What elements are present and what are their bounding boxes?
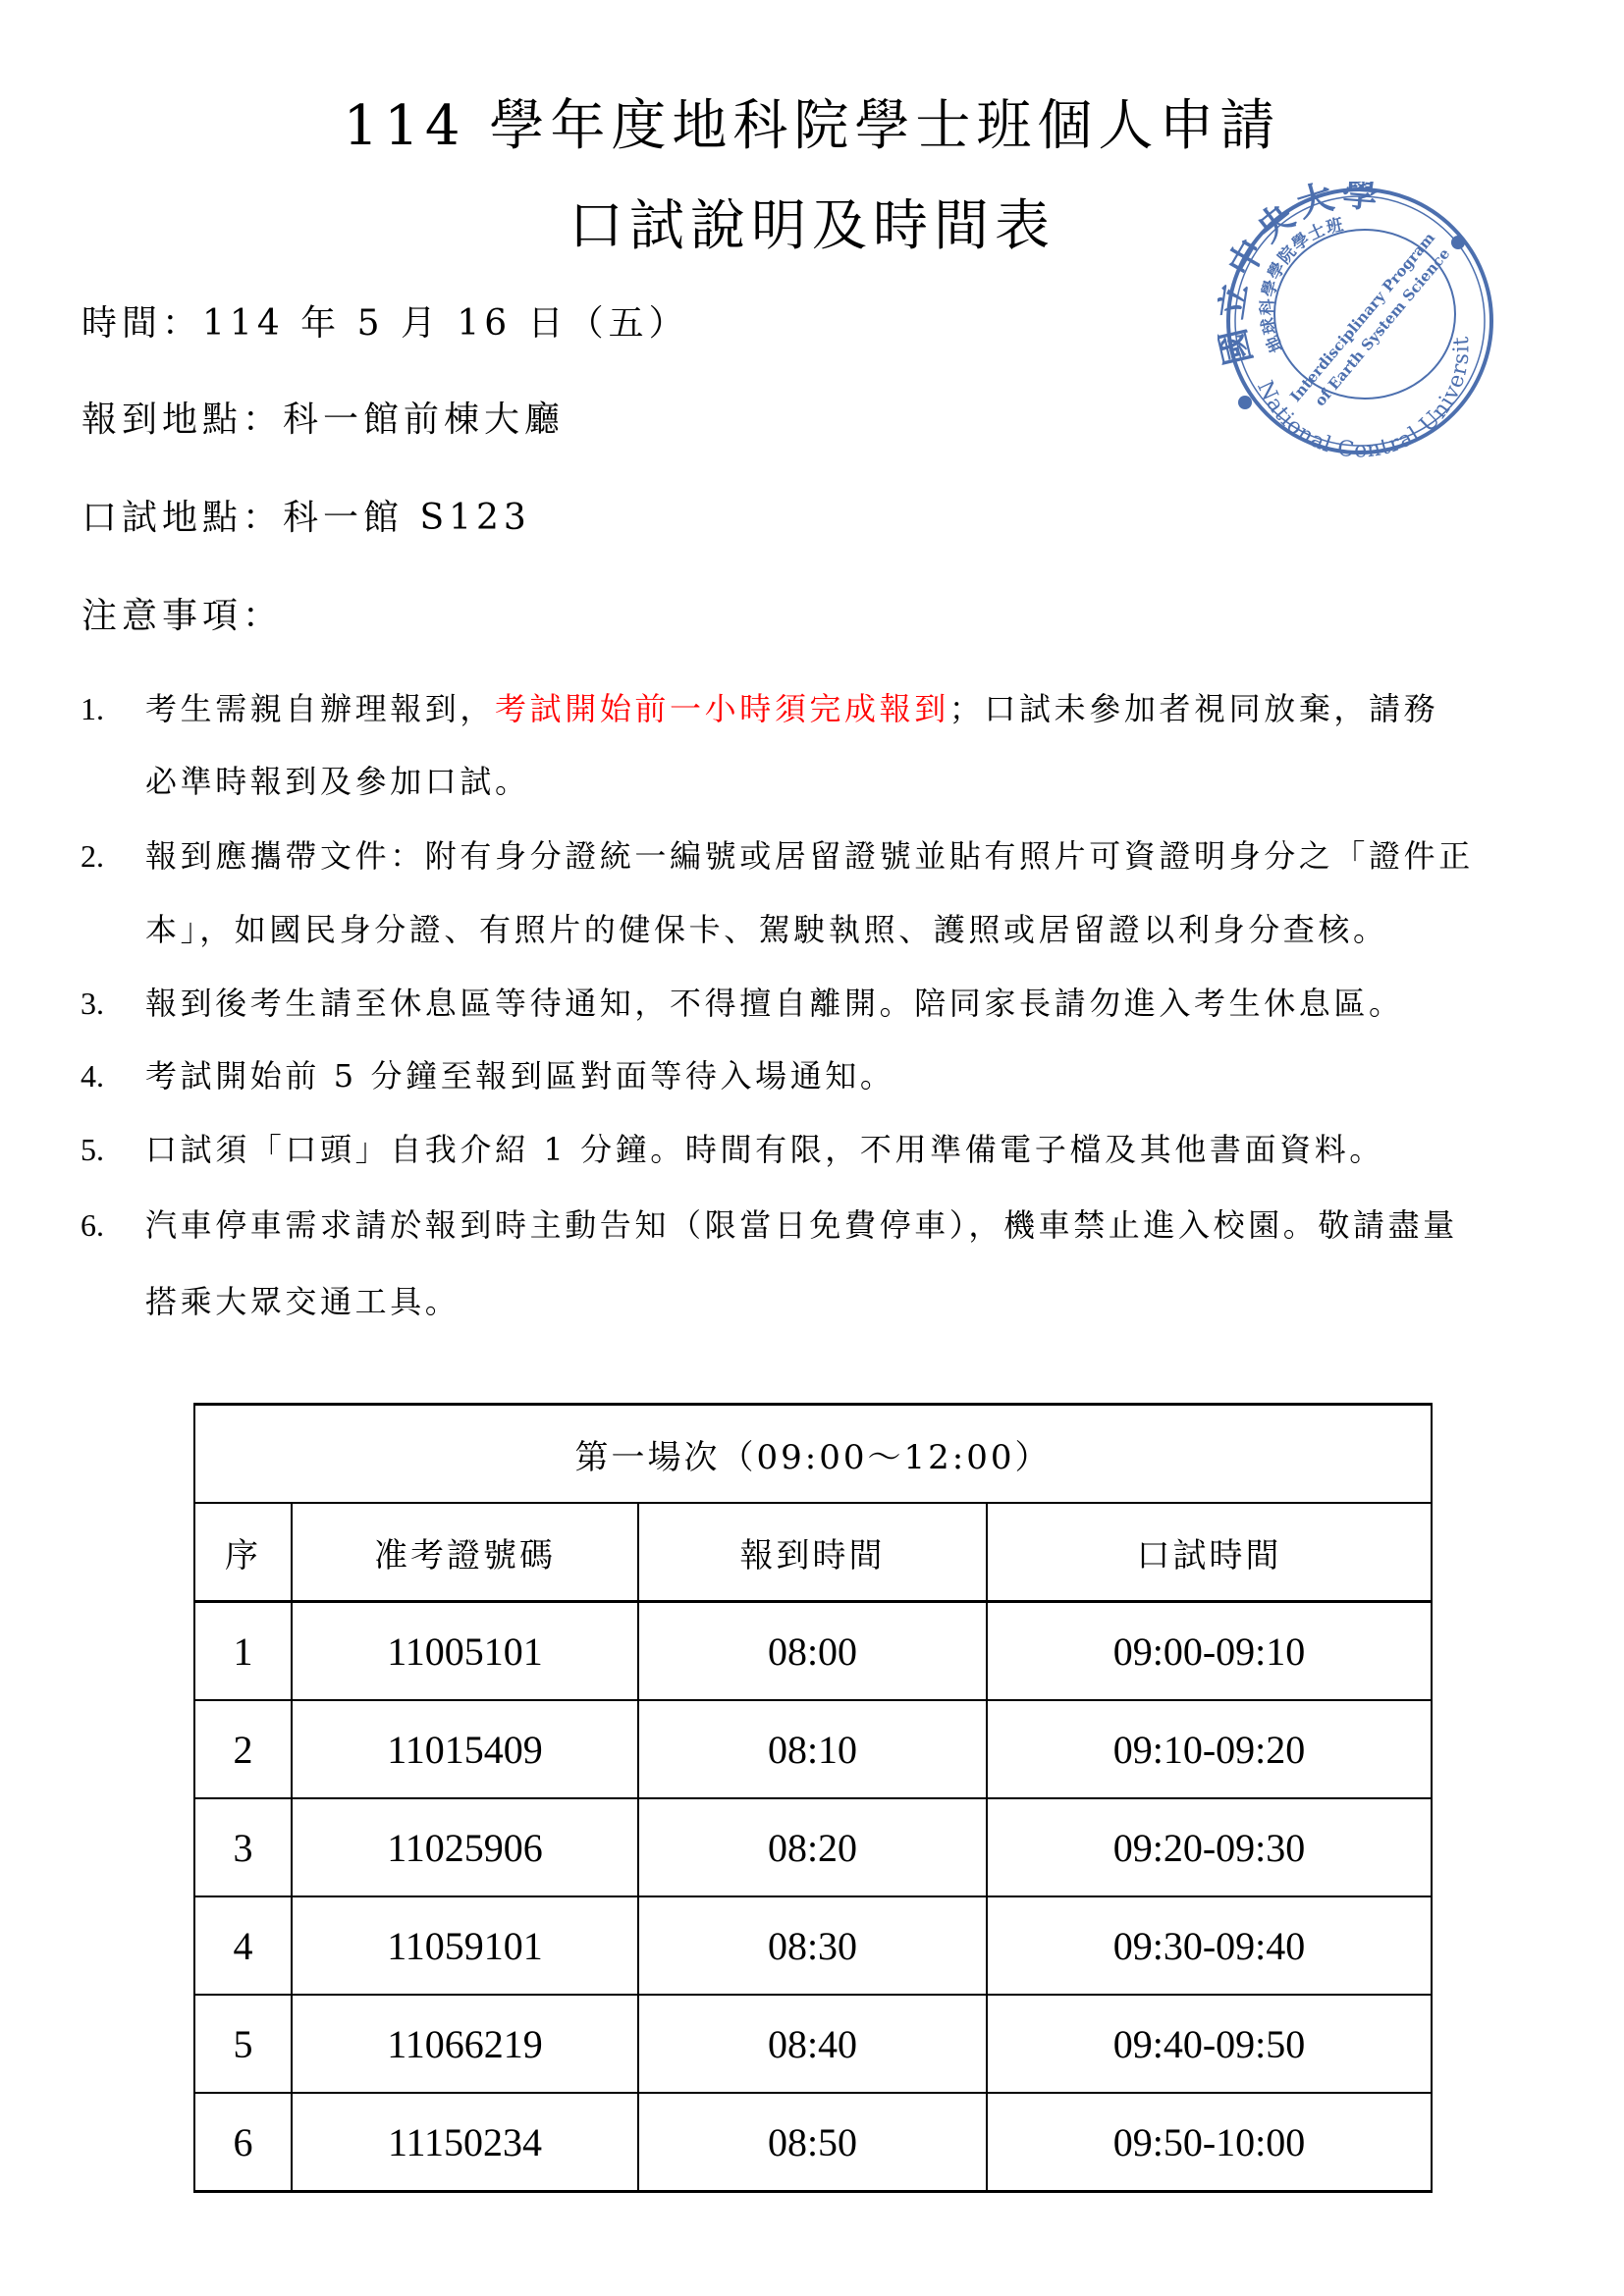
- note-highlight-text: 考試開始前一小時須完成報到: [495, 690, 949, 727]
- checkin-time-cell: 08:40: [638, 1995, 987, 2093]
- note-1-line-1: 考生需親自辦理報到，考試開始前一小時須完成報到；口試未參加者視同放棄，請務: [145, 693, 1438, 724]
- seq-cell: 5: [194, 1995, 292, 2093]
- note-2-line-2: 本」，如國民身分證、有照片的健保卡、駕駛執照、護照或居留證以利身分查核。: [145, 914, 1388, 945]
- checkin-time-cell: 08:50: [638, 2093, 987, 2192]
- column-header-exam-no: 准考證號碼: [292, 1503, 638, 1602]
- exam-no-cell: 11015409: [292, 1700, 638, 1798]
- exam-date-label: 時間：: [81, 303, 202, 344]
- note-number: 4.: [81, 1060, 104, 1092]
- interview-location-value: 科一館 S123: [283, 498, 531, 538]
- checkin-time-cell: 08:10: [638, 1700, 987, 1798]
- stamp-inner-center-text-1: Interdisciplinary Program: [1286, 229, 1438, 405]
- interview-time-cell: 09:30-09:40: [987, 1896, 1432, 1995]
- interview-location-line: 口試地點：科一館 S123: [81, 501, 531, 536]
- column-header-checkin-time: 報到時間: [638, 1503, 987, 1602]
- interview-time-cell: 09:00-09:10: [987, 1602, 1432, 1701]
- seq-cell: 1: [194, 1602, 292, 1701]
- seq-cell: 6: [194, 2093, 292, 2192]
- stamp-inner-center-text-2: of Earth System Science: [1311, 244, 1453, 409]
- column-header-seq: 序: [194, 1503, 292, 1602]
- table-row: 1 11005101 08:00 09:00-09:10: [194, 1602, 1432, 1701]
- checkin-time-cell: 08:00: [638, 1602, 987, 1701]
- exam-no-cell: 11005101: [292, 1602, 638, 1701]
- interview-time-cell: 09:20-09:30: [987, 1798, 1432, 1896]
- interview-time-cell: 09:40-09:50: [987, 1995, 1432, 2093]
- note-6-line-1: 汽車停車需求請於報到時主動告知（限當日免費停車），機車禁止進入校園。敬請盡量: [145, 1209, 1458, 1241]
- exam-no-cell: 11066219: [292, 1995, 638, 2093]
- checkin-time-cell: 08:20: [638, 1798, 987, 1896]
- column-header-row: 序 准考證號碼 報到時間 口試時間: [194, 1503, 1432, 1602]
- note-number: 6.: [81, 1209, 104, 1241]
- note-2-line-1: 報到應攜帶文件：附有身分證統一編號或居留證號並貼有照片可資證明身分之「證件正: [145, 840, 1474, 872]
- checkin-location-value: 科一館前棟大廳: [283, 400, 565, 440]
- checkin-time-cell: 08:30: [638, 1896, 987, 1995]
- table-row: 2 11015409 08:10 09:10-09:20: [194, 1700, 1432, 1798]
- schedule-table: 第一場次（09:00～12:00） 序 准考證號碼 報到時間 口試時間 1 11…: [193, 1403, 1433, 2193]
- interview-time-cell: 09:50-10:00: [987, 2093, 1432, 2192]
- note-4-line-1: 考試開始前 5 分鐘至報到區對面等待入場通知。: [145, 1060, 895, 1092]
- session-header-row: 第一場次（09:00～12:00）: [194, 1405, 1432, 1504]
- note-number: 3.: [81, 988, 104, 1019]
- exam-date-line: 時間：114 年 5 月 16 日（五）: [81, 306, 689, 342]
- exam-no-cell: 11150234: [292, 2093, 638, 2192]
- note-number: 2.: [81, 840, 104, 872]
- note-number: 5.: [81, 1134, 104, 1165]
- column-header-interview-time: 口試時間: [987, 1503, 1432, 1602]
- note-6-line-2: 搭乘大眾交通工具。: [145, 1286, 460, 1317]
- notes-heading: 注意事項：: [81, 599, 283, 634]
- note-1-line-2: 必準時報到及參加口試。: [145, 766, 530, 797]
- session-title: 第一場次（09:00～12:00）: [194, 1405, 1432, 1504]
- exam-no-cell: 11059101: [292, 1896, 638, 1995]
- seq-cell: 2: [194, 1700, 292, 1798]
- note-number: 1.: [81, 693, 104, 724]
- seq-cell: 4: [194, 1896, 292, 1995]
- note-3-line-1: 報到後考生請至休息區等待通知，不得擅自離開。陪同家長請勿進入考生休息區。: [145, 988, 1404, 1019]
- note-text: ；口試未參加者視同放棄，請務: [949, 690, 1438, 727]
- page-title: 114 學年度地科院學士班個人申請: [0, 99, 1624, 154]
- checkin-location-label: 報到地點：: [81, 400, 283, 440]
- table-row: 4 11059101 08:30 09:30-09:40: [194, 1896, 1432, 1995]
- exam-no-cell: 11025906: [292, 1798, 638, 1896]
- interview-location-label: 口試地點：: [81, 498, 283, 538]
- official-seal-stamp: 國立中央大學 National Central University 地球科學學…: [1218, 182, 1502, 461]
- note-text: 考生需親自辦理報到，: [145, 690, 495, 727]
- exam-date-value: 114 年 5 月 16 日（五）: [202, 303, 689, 344]
- table-row: 5 11066219 08:40 09:40-09:50: [194, 1995, 1432, 2093]
- note-5-line-1: 口試須「口頭」自我介紹 1 分鐘。時間有限，不用準備電子檔及其他書面資料。: [145, 1134, 1384, 1165]
- checkin-location-line: 報到地點：科一館前棟大廳: [81, 402, 565, 438]
- table-row: 3 11025906 08:20 09:20-09:30: [194, 1798, 1432, 1896]
- seq-cell: 3: [194, 1798, 292, 1896]
- table-row: 6 11150234 08:50 09:50-10:00: [194, 2093, 1432, 2192]
- interview-time-cell: 09:10-09:20: [987, 1700, 1432, 1798]
